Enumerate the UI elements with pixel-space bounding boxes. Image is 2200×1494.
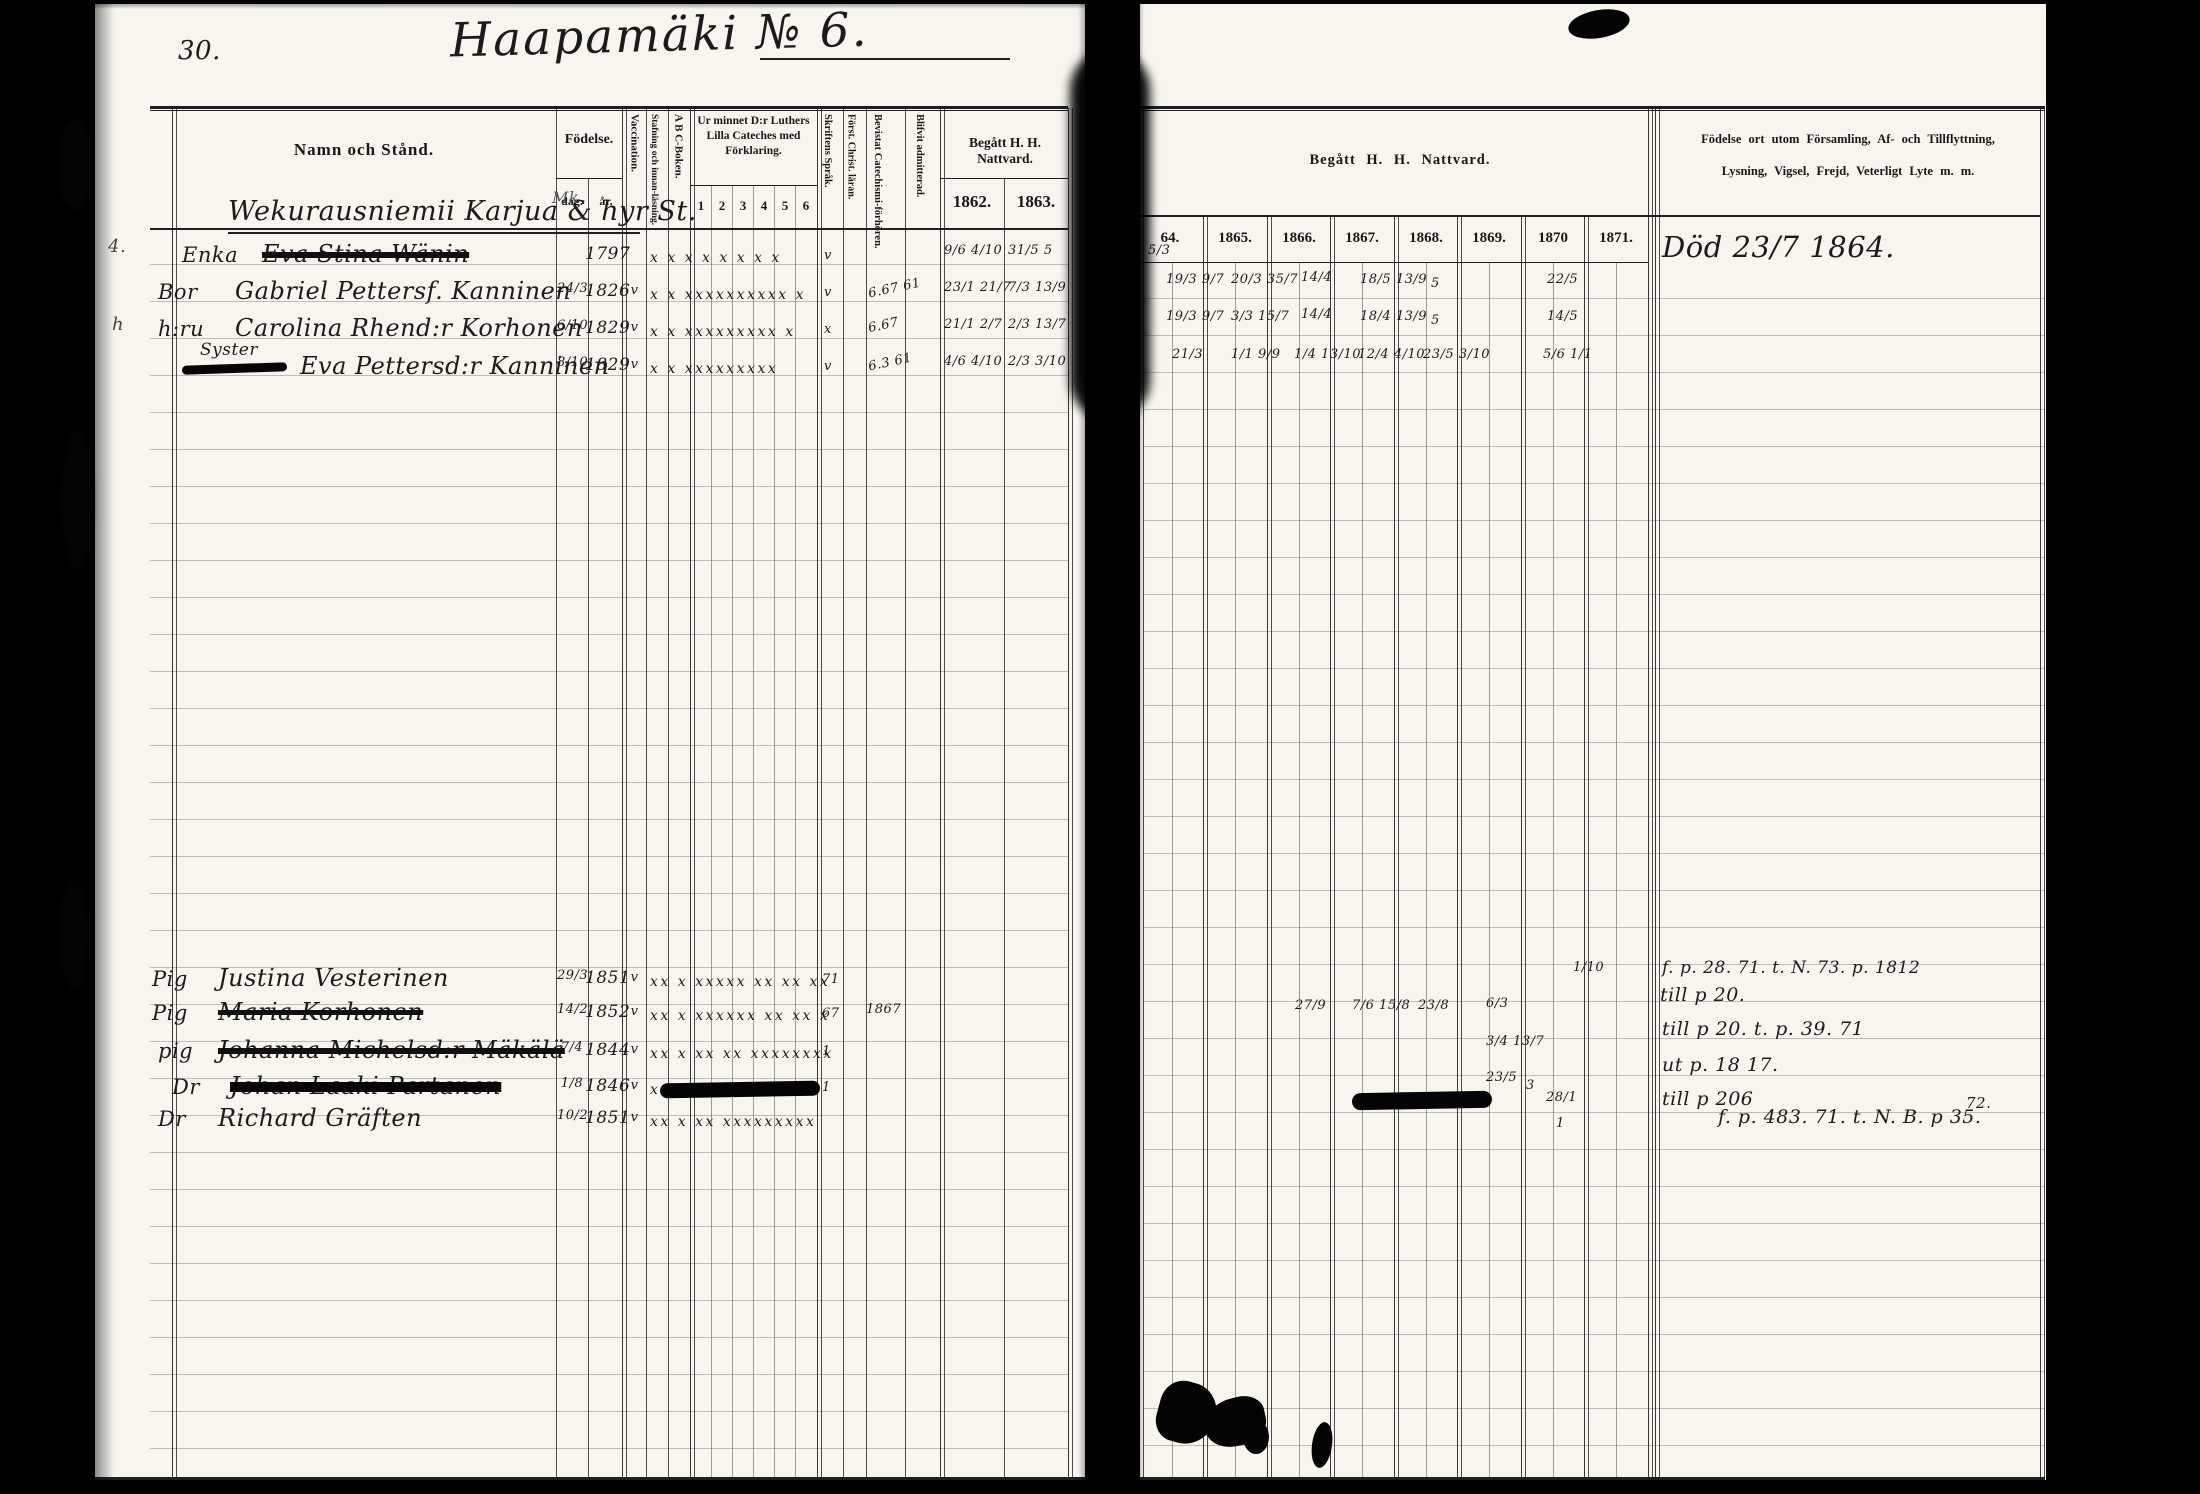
row-birth-day: 6/10	[557, 318, 587, 333]
header-year-1871: 1871.	[1585, 230, 1647, 247]
communion-mark: 14/4	[1301, 270, 1332, 285]
header-catechism: Ur minnet D:r Luthers Lilla Cateches med…	[692, 114, 815, 159]
row-birth-year: 1852	[585, 1002, 625, 1022]
row-birth-day: 24/3	[557, 281, 587, 296]
row-vaccination-mark: v	[624, 1110, 645, 1125]
row-prefix: Pig	[152, 1001, 188, 1025]
margin-note: ut p. 18 17.	[1662, 1054, 1779, 1076]
row-meetings-note: 1867	[866, 1002, 901, 1017]
scan-artifact	[60, 880, 88, 990]
communion-mark: 6/3	[1486, 996, 1508, 1011]
row-vaccination-mark: v	[624, 1004, 645, 1019]
row-scripture-mark: v	[824, 248, 832, 263]
row-scripture-mark: v	[824, 359, 832, 374]
row-prefix: Dr	[172, 1075, 200, 1099]
row-prefix: Pig	[152, 967, 188, 991]
death-note: Död 23/7 1864.	[1662, 230, 1895, 264]
header-notes-line2: Lysning, Vigsel, Frejd, Veterligt Lyte m…	[1668, 164, 2028, 179]
row-scripture-mark: 1	[822, 1044, 831, 1059]
row-vaccination-mark: v	[624, 320, 645, 335]
header-notes-line1: Födelse ort utom Församling, Af- och Til…	[1668, 132, 2028, 147]
row-catechism-marks: x x xxxxxxxxx	[650, 361, 817, 377]
header-year-1862: 1862.	[940, 192, 1004, 212]
communion-mark: 23/8	[1418, 998, 1449, 1013]
ink-blot	[1243, 1420, 1269, 1454]
row-birth-year: 1846	[585, 1076, 625, 1096]
row-birth-year: 1851	[585, 968, 625, 988]
scan-artifact-left-edge	[52, 0, 114, 1494]
row-birth-year: 1826	[585, 281, 625, 301]
page-number: 30.	[178, 36, 221, 66]
header-catechism-col-5: 5	[775, 198, 795, 214]
header-catechism-col-2: 2	[712, 198, 732, 214]
row-birth-year: 1797	[585, 244, 625, 264]
row-prefix: h:ru	[158, 317, 204, 341]
margin-note: till p 20.	[1660, 984, 1745, 1006]
row-birth-year: 1829	[585, 318, 625, 338]
row-name: Johan Laaki Partanen	[230, 1072, 501, 1100]
header-catechism-col-3: 3	[733, 198, 753, 214]
communion-mark: 1/10	[1573, 960, 1604, 975]
row-name: Richard Gräften	[218, 1104, 422, 1132]
row-catechism-marks: xx x xxxxx xx xx xx	[650, 974, 817, 990]
row-prefix: Enka	[182, 243, 238, 267]
communion-mark: 19/3 9/7	[1166, 309, 1224, 324]
row-communion-1863: 2/3 13/7	[1008, 317, 1066, 332]
communion-mark: 1/1 9/9	[1231, 347, 1280, 362]
communion-mark: 3	[1526, 1078, 1535, 1093]
marginalia-mark: Mk	[552, 188, 579, 207]
communion-mark: 18/4 13/9	[1360, 309, 1427, 324]
row-name: Gabriel Pettersf. Kanninen	[235, 277, 571, 305]
row-communion-1863: 7/3 13/9	[1008, 280, 1066, 295]
header-christianity: Först. Christ. läran.	[845, 114, 865, 274]
communion-mark: 1	[1556, 1116, 1565, 1131]
header-abc: A B C-Boken.	[672, 114, 684, 264]
margin-note: till p 20. t. p. 39. 71	[1662, 1018, 1864, 1040]
page-title: Haapamäki № 6.	[449, 3, 869, 69]
row-catechism-marks: x x xxxxxxxxx x	[650, 324, 817, 340]
scan-artifact	[58, 120, 92, 210]
margin-note: 72.	[1966, 1094, 1991, 1112]
margin-note: f. p. 483. 71. t. N. B. p 35.	[1718, 1106, 1981, 1128]
communion-mark: 5	[1431, 276, 1440, 291]
header-meetings: Bevistat Catechismi-förhören.	[872, 114, 902, 254]
group-title: Wekurausniemii Karjua & hyr St.	[228, 196, 697, 227]
communion-mark: 19/3 9/7	[1166, 272, 1224, 287]
row-birth-day: 8/10	[557, 355, 587, 370]
header-year-1868: 1868.	[1395, 230, 1457, 247]
row-communion-1862: 23/1 21/7	[944, 280, 1011, 295]
row-name: Johanna Michelsd:r Mäkälä	[218, 1036, 565, 1064]
communion-mark: 3/4 13/7	[1486, 1034, 1544, 1049]
ink-blot	[1352, 1091, 1492, 1110]
header-name-col: Namn och Stånd.	[192, 140, 536, 160]
row-birth-day: 7/4	[557, 1040, 587, 1055]
header-year-1869: 1869.	[1458, 230, 1520, 247]
row-communion-1862: 21/1 2/7	[944, 317, 1002, 332]
row-scripture-mark: 67	[822, 1006, 840, 1021]
header-catechism-col-6: 6	[796, 198, 816, 214]
row-name: Eva Stina Wänin	[262, 240, 469, 268]
communion-mark: 22/5	[1547, 272, 1578, 287]
scan-artifact-gutter-top	[1070, 50, 1150, 420]
row-prefix: pig	[158, 1039, 193, 1063]
communion-mark: 7/6 15/8	[1352, 998, 1410, 1013]
left-row-rules	[150, 228, 1068, 1478]
row-birth-year: 1851	[585, 1108, 625, 1128]
communion-mark: 5/3	[1148, 243, 1170, 258]
scan-artifact-top-edge	[95, 0, 1085, 9]
row-scripture-mark: x	[824, 322, 832, 337]
scanned-document: 30. Haapamäki № 6. Namn och Stånd. Födel…	[0, 0, 2200, 1494]
communion-mark: 5/6 1/1	[1543, 347, 1592, 362]
header-birth: Födelse.	[556, 132, 622, 148]
communion-mark: 20/3 35/7	[1231, 272, 1298, 287]
row-communion-1863: 31/5 5	[1008, 243, 1053, 258]
row-communion-1863: 2/3 3/10	[1008, 354, 1066, 369]
row-communion-1862: 9/6 4/10	[944, 243, 1002, 258]
row-vaccination-mark: v	[624, 970, 645, 985]
row-name: Maria Korhonen	[218, 998, 423, 1026]
row-communion-1862: 4/6 4/10	[944, 354, 1002, 369]
row-vaccination-mark: v	[624, 357, 645, 372]
header-year-1870: 1870	[1522, 230, 1584, 247]
ink-blot	[660, 1081, 820, 1099]
row-scripture-mark: 1	[822, 1080, 831, 1095]
communion-mark: 5	[1431, 313, 1440, 328]
communion-mark: 18/5 13/9	[1360, 272, 1427, 287]
margin-note: f. p. 28. 71. t. N. 73. p. 1812	[1662, 958, 1920, 978]
row-vaccination-mark: v	[624, 1042, 645, 1057]
row-birth-day: 10/2	[557, 1108, 587, 1123]
scan-artifact-right-margin	[2046, 0, 2200, 1494]
header-vaccination: Vaccination.	[628, 114, 640, 264]
row-catechism-marks: xx x xx xxxxxxxxx	[650, 1114, 817, 1130]
communion-mark: 27/9	[1295, 998, 1326, 1013]
row-birth-day: 29/3	[557, 968, 587, 983]
communion-mark: 23/5 3/10	[1423, 347, 1490, 362]
header-year-1867: 1867.	[1331, 230, 1393, 247]
row-name: Carolina Rhend:r Korhonen	[235, 314, 583, 342]
row-scripture-mark: v	[824, 285, 832, 300]
communion-mark: 14/5	[1547, 309, 1578, 324]
row-catechism-marks: x x x x x x x x	[650, 250, 817, 266]
row-birth-day: 14/2	[557, 1002, 587, 1017]
communion-mark: 14/4	[1301, 307, 1332, 322]
row-prefix: Syster	[200, 340, 258, 360]
header-catechism-col-4: 4	[754, 198, 774, 214]
row-prefix: Dr	[158, 1107, 186, 1131]
header-year-1863: 1863.	[1004, 192, 1068, 212]
right-row-rules	[1143, 262, 2045, 1478]
communion-mark: 23/5	[1486, 1070, 1517, 1085]
row-birth-day: 1/8	[557, 1076, 587, 1091]
row-catechism-marks: xx x xx xx xxxxxxxx	[650, 1046, 817, 1062]
scan-artifact	[62, 430, 92, 570]
row-vaccination-mark: v	[624, 283, 645, 298]
row-vaccination-mark: v	[624, 1078, 645, 1093]
header-communion-right: Begått H. H. Nattvard.	[1160, 152, 1640, 169]
header-year-1865: 1865.	[1204, 230, 1266, 247]
row-catechism-marks: xx x xxxxxx xx xx x	[650, 1008, 817, 1024]
header-communion-left: Begått H. H. Nattvard.	[942, 135, 1068, 167]
header-admitted: Blifvit admitterad.	[914, 114, 934, 264]
row-prefix: Bor	[158, 280, 198, 304]
communion-mark: 3/3 15/7	[1231, 309, 1289, 324]
row-birth-year: 1844	[585, 1040, 625, 1060]
communion-mark: 1/4 13/10	[1294, 347, 1361, 362]
row-birth-year: 1829	[585, 355, 625, 375]
row-catechism-marks: x x xxxxxxxxxx x	[650, 287, 817, 303]
communion-mark: 12/4 4/10	[1358, 347, 1425, 362]
communion-mark: 28/1	[1546, 1090, 1577, 1105]
header-year-1866: 1866.	[1268, 230, 1330, 247]
row-scripture-mark: 71	[822, 972, 840, 987]
row-name: Justina Vesterinen	[218, 964, 449, 992]
communion-mark: 21/3	[1172, 347, 1203, 362]
